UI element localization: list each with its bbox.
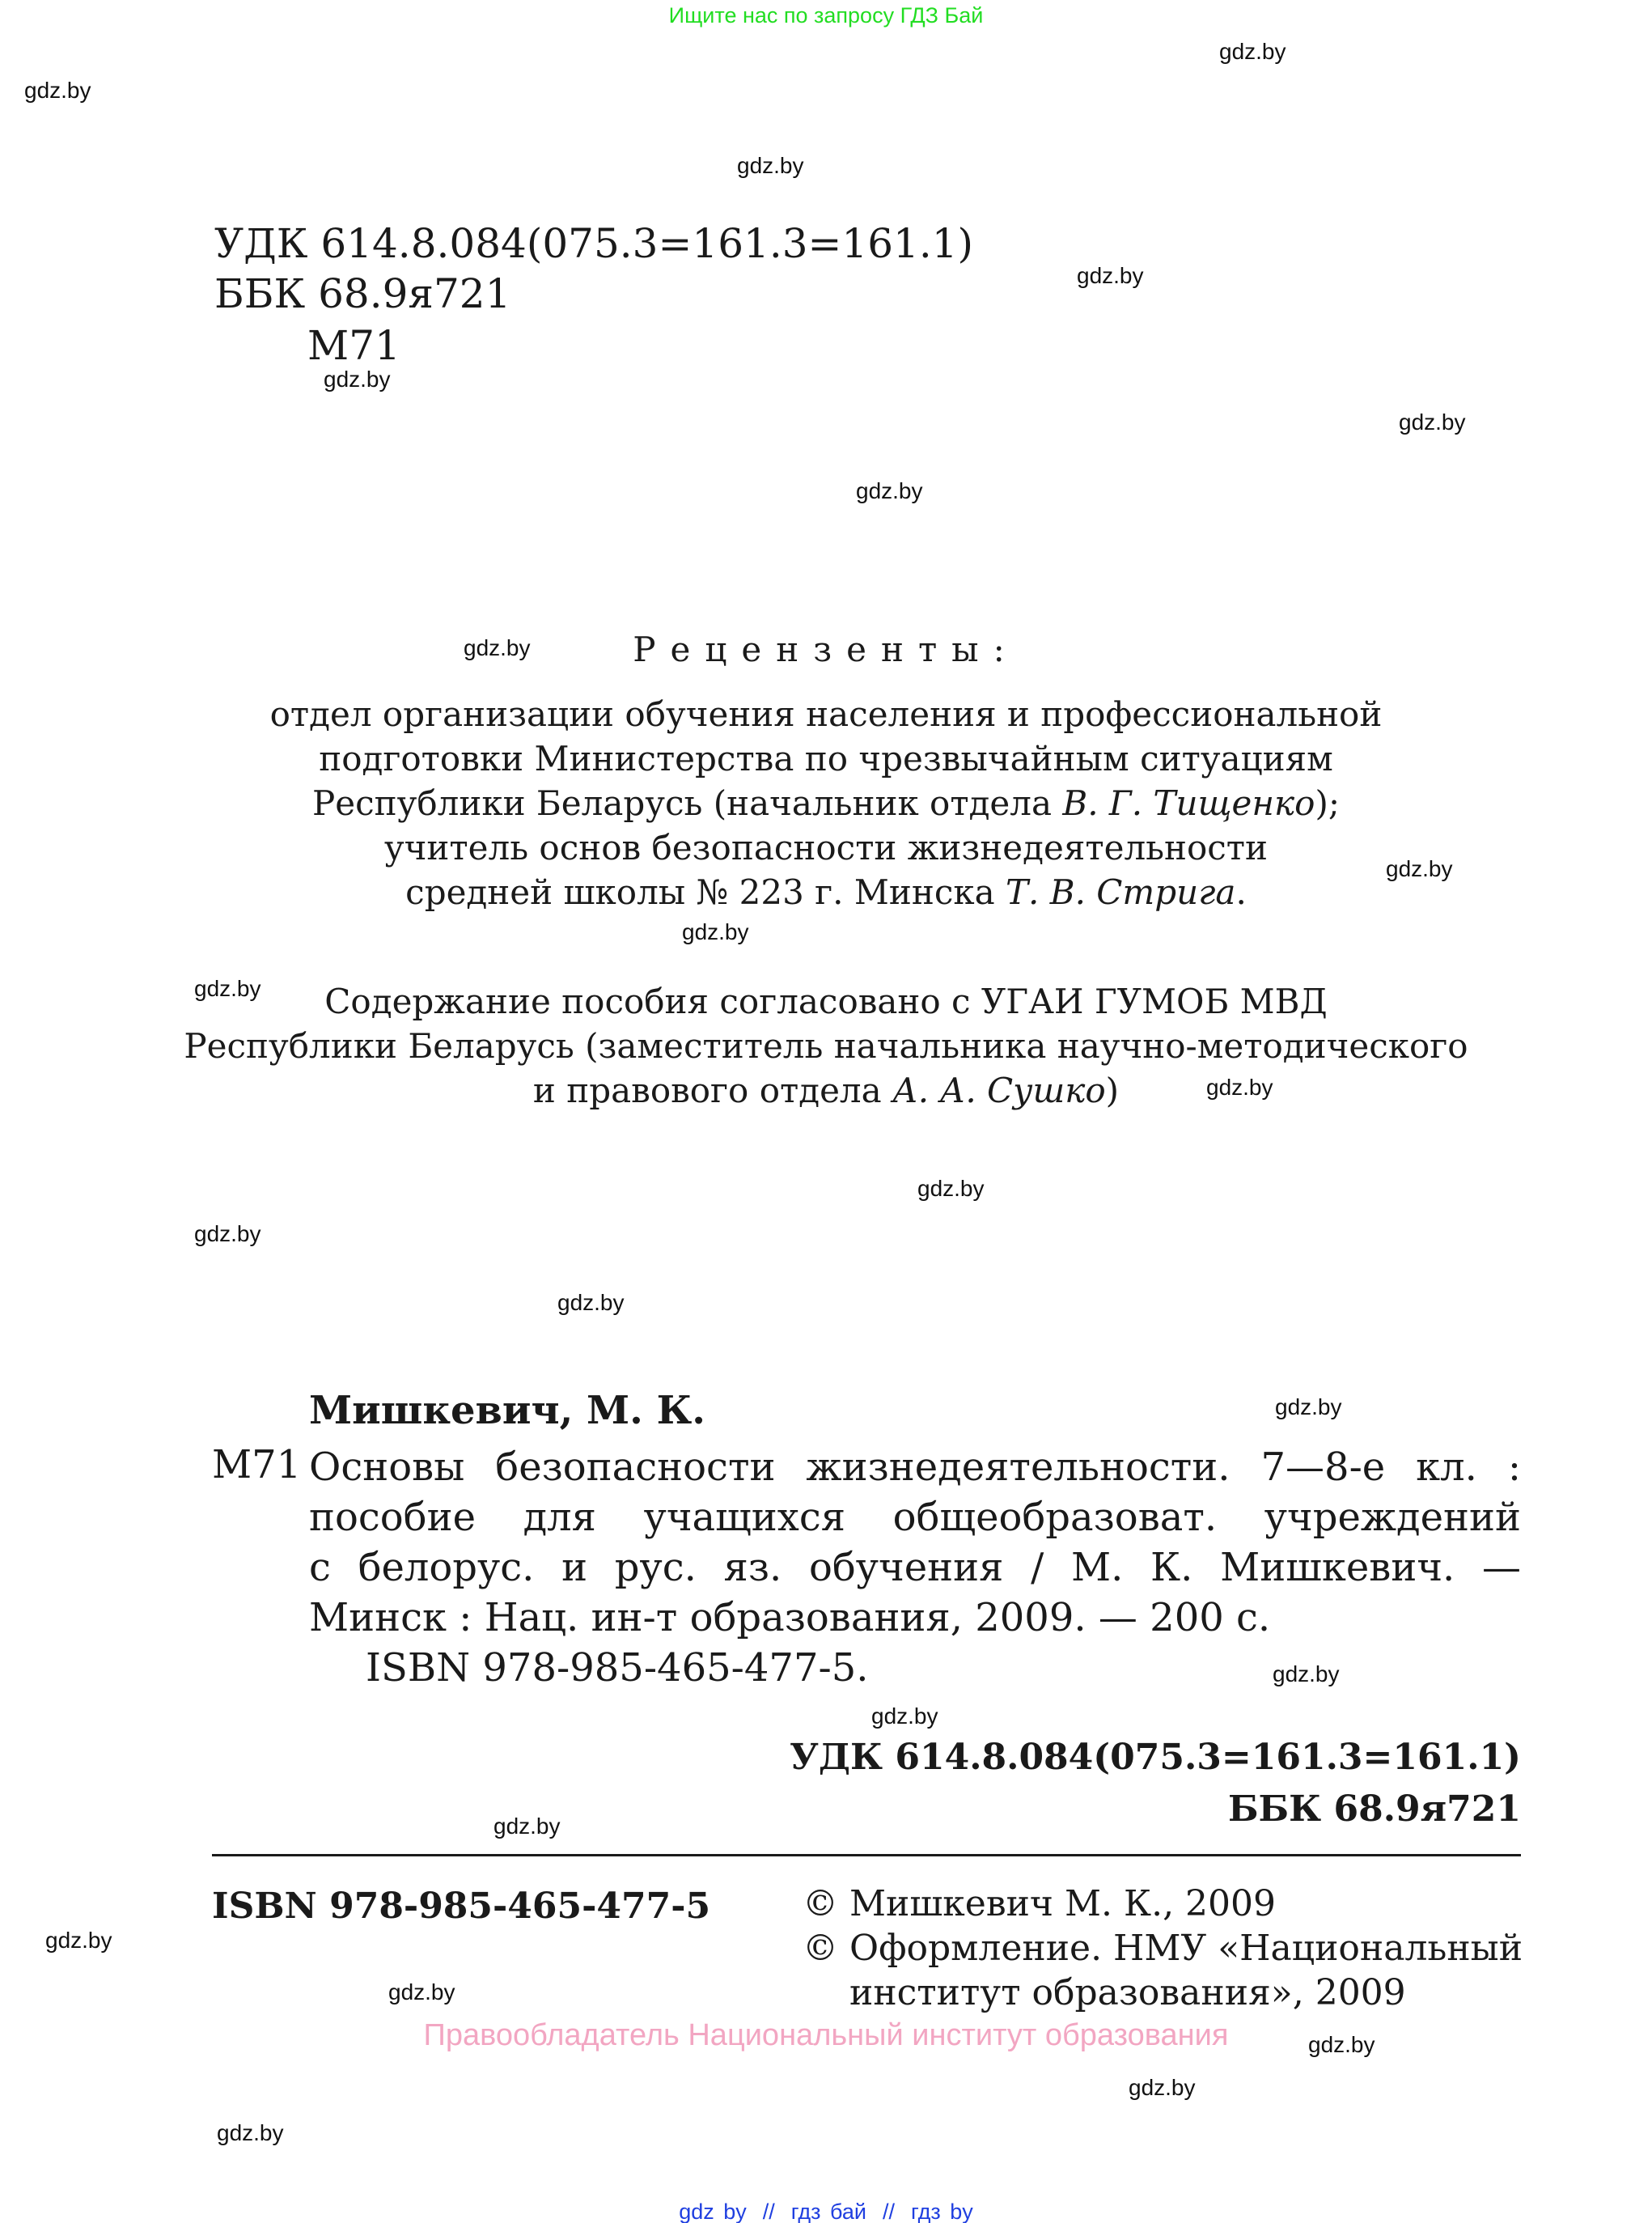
divider [212,1854,1521,1856]
reviewer-line: учитель основ безопасности жизнедеятельн… [0,825,1652,870]
watermark: gdz.by [24,78,91,104]
copyright-line: ©Оформление. НМУ «Национальный [803,1926,1523,1971]
reviewer-line: подготовки Министерства по чрезвычайным … [0,736,1652,781]
watermark: gdz.by [856,478,923,504]
copyright-icon: © [803,1926,849,1971]
catalog-bbk: ББК 68.9я721 [790,1784,1521,1835]
watermark: gdz.by [324,367,391,392]
watermark: gdz.by [1077,263,1144,289]
bottom-links: gdz by//гдз бай//гдз by [0,2200,1652,2223]
catalog-classification: УДК 614.8.084(075.3=161.3=161.1) ББК 68.… [790,1732,1521,1835]
copyright-line: ©Мишкевич М. К., 2009 [803,1881,1523,1926]
catalog-line: с белорус. и рус. яз. обучения / М. К. М… [309,1542,1521,1593]
copyright-line: институт образования», 2009 [803,1971,1523,2015]
udk-code: УДК 614.8.084(075.3=161.3=161.1) [214,218,973,269]
classification-block: УДК 614.8.084(075.3=161.3=161.1) ББК 68.… [214,218,973,319]
rights-holder-note: Правообладатель Национальный институт об… [0,2018,1652,2053]
watermark: gdz.by [1399,409,1466,435]
reviewer-line: средней школы № 223 г. Минска Т. В. Стри… [0,870,1652,914]
catalog-isbn: ISBN 978-985-465-477-5. [309,1643,1521,1693]
agreement-line: Республики Беларусь (заместитель начальн… [0,1024,1652,1068]
link-gdz-bai[interactable]: гдз бай [791,2200,866,2223]
reviewers-list: отдел организации обучения населения и п… [0,692,1652,914]
catalog-code: М71 [212,1442,301,1487]
reviewer-name: Т. В. Стрига [1006,872,1235,912]
agreement-line: и правового отдела А. А. Сушко) [0,1068,1652,1113]
search-banner: Ищите нас по запросу ГДЗ Бай [0,3,1652,28]
watermark: gdz.by [682,919,749,945]
catalog-description: Основы безопасности жизнедеятельности. 7… [309,1442,1521,1693]
watermark: gdz.by [917,1176,985,1202]
watermark: gdz.by [194,1221,261,1247]
reviewer-line: Республики Беларусь (начальник отдела В.… [0,781,1652,825]
copyright-block: ©Мишкевич М. К., 2009 ©Оформление. НМУ «… [803,1881,1523,2015]
watermark: gdz.by [1275,1394,1342,1420]
copyright-icon: © [803,1881,849,1926]
catalog-line: пособие для учащихся общеобразоват. учре… [309,1492,1521,1542]
author-mark: М71 [307,322,400,369]
agreement-note: Содержание пособия согласовано с УГАИ ГУ… [0,979,1652,1113]
watermark: gdz.by [1219,39,1286,65]
watermark: gdz.by [388,1979,455,2005]
agreement-name: А. А. Сушко [892,1071,1106,1110]
watermark: gdz.by [871,1703,938,1729]
watermark: gdz.by [557,1290,625,1316]
link-gdz-by[interactable]: gdz by [679,2200,747,2223]
reviewers-heading: Рецензенты: [0,630,1652,669]
catalog-author: Мишкевич, М. К. [309,1388,705,1433]
watermark: gdz.by [493,1814,561,1839]
catalog-line: Основы безопасности жизнедеятельности. 7… [309,1442,1521,1492]
reviewer-name: В. Г. Тищенко [1062,783,1315,823]
watermark: gdz.by [737,153,804,179]
isbn: ISBN 978-985-465-477-5 [212,1886,710,1927]
watermark: gdz.by [45,1928,112,1954]
watermark: gdz.by [1129,2075,1196,2101]
bbk-code: ББК 68.9я721 [214,269,973,319]
separator: // [763,2200,775,2223]
catalog-udk: УДК 614.8.084(075.3=161.3=161.1) [790,1732,1521,1784]
separator: // [883,2200,895,2223]
reviewer-line: отдел организации обучения населения и п… [0,692,1652,736]
watermark: gdz.by [217,2120,284,2146]
catalog-line: Минск : Нац. ин-т образования, 2009. — 2… [309,1593,1521,1643]
agreement-line: Содержание пособия согласовано с УГАИ ГУ… [0,979,1652,1024]
link-gdz-by-cyr[interactable]: гдз by [911,2200,973,2223]
